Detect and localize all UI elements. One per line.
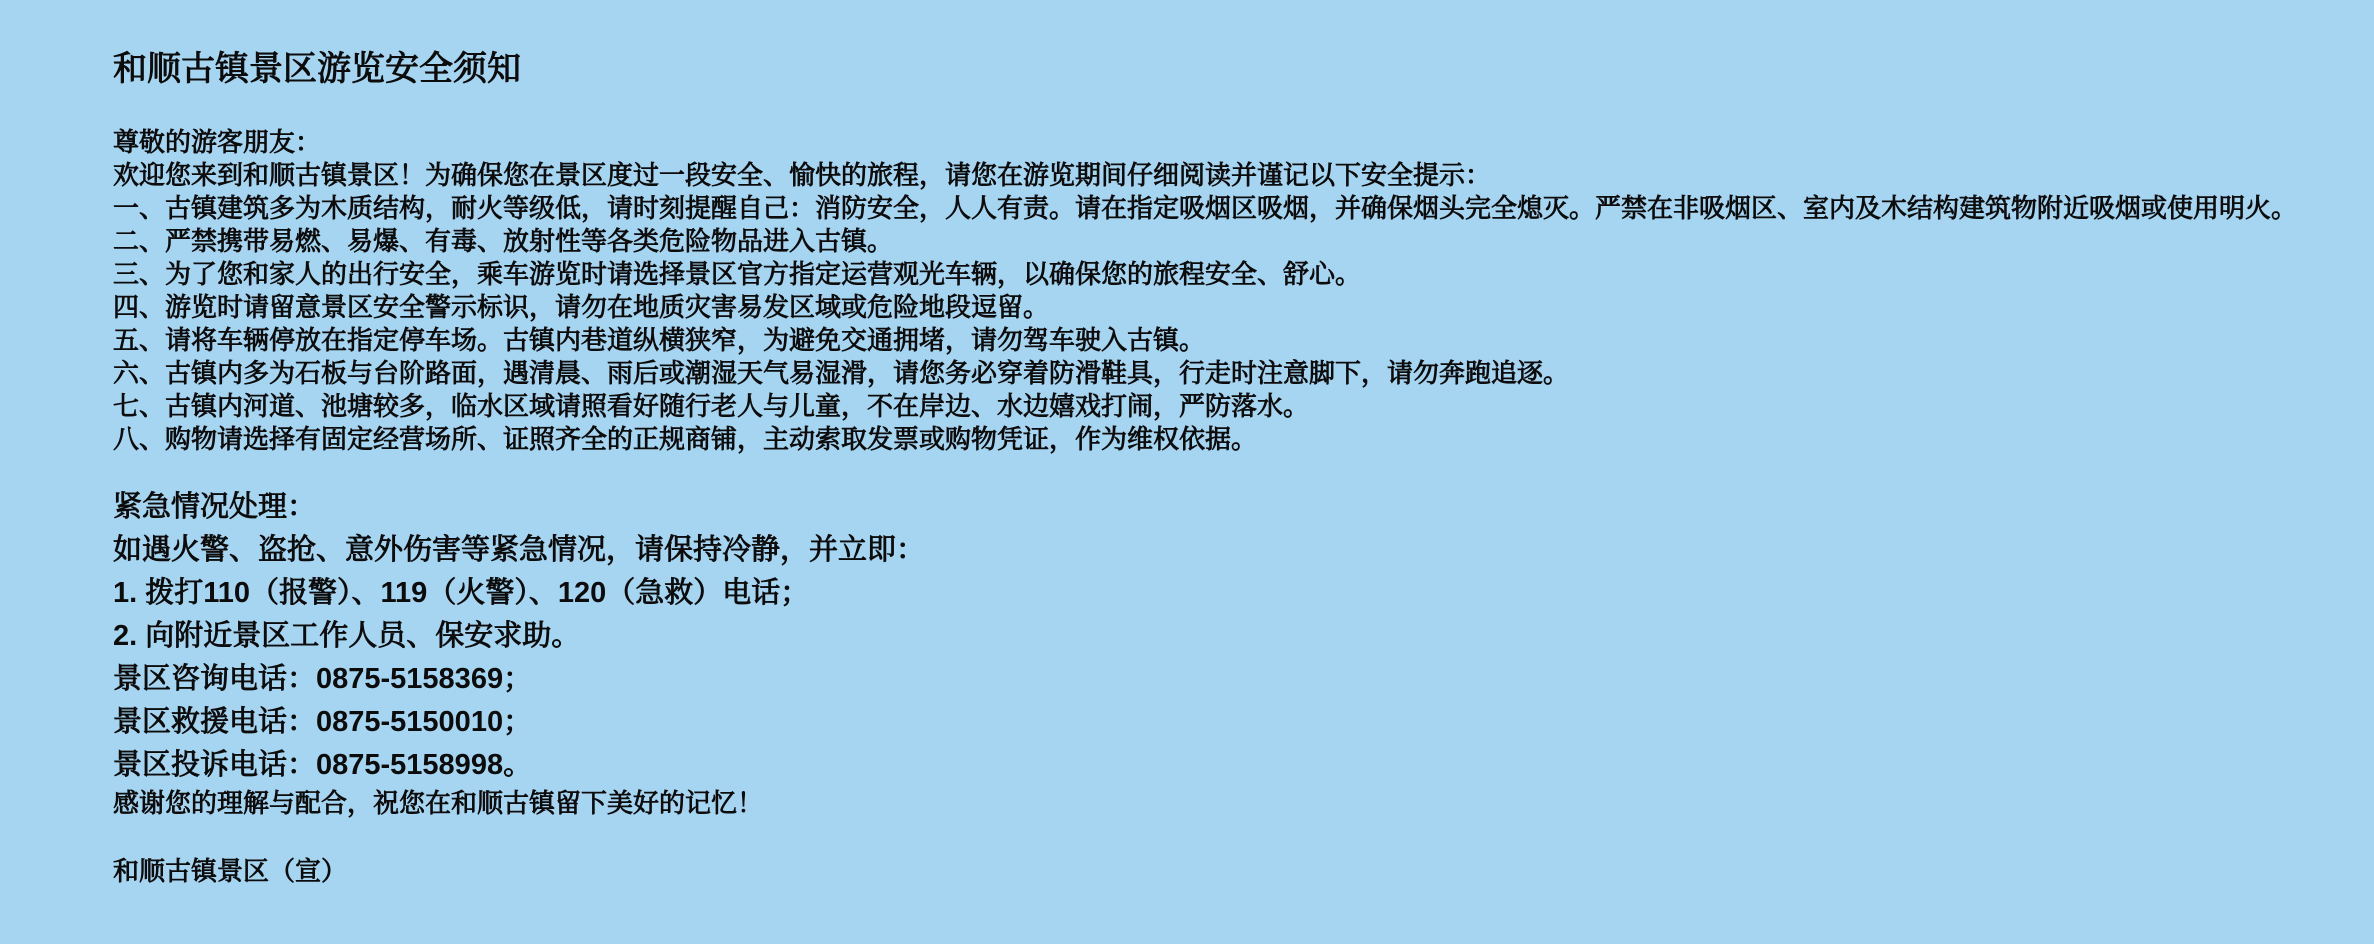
rule-item: 八、购物请选择有固定经营场所、证照齐全的正规商铺，主动索取发票或购物凭证，作为维… [113,423,2344,456]
phone-line-rescue: 景区救援电话：0875-5150010； [113,701,2344,744]
rule-item: 一、古镇建筑多为木质结构，耐火等级低，请时刻提醒自己：消防安全，人人有责。请在指… [113,192,2344,225]
emergency-step: 2. 向附近景区工作人员、保安求助。 [113,615,2344,658]
rule-item: 六、古镇内多为石板与台阶路面，遇清晨、雨后或潮湿天气易湿滑，请您务必穿着防滑鞋具… [113,357,2344,390]
safety-notice-page: 和顺古镇景区游览安全须知 尊敬的游客朋友： 欢迎您来到和顺古镇景区！为确保您在景… [0,0,2374,944]
emergency-heading: 紧急情况处理： [113,486,2344,529]
notice-body: 尊敬的游客朋友： 欢迎您来到和顺古镇景区！为确保您在景区度过一段安全、愉快的旅程… [113,126,2344,456]
emergency-step: 1. 拨打110（报警）、119（火警）、120（急救）电话； [113,572,2344,615]
rule-item: 五、请将车辆停放在指定停车场。古镇内巷道纵横狭窄，为避免交通拥堵，请勿驾车驶入古… [113,324,2344,357]
rule-item: 三、为了您和家人的出行安全，乘车游览时请选择景区官方指定运营观光车辆，以确保您的… [113,258,2344,291]
rule-item: 七、古镇内河道、池塘较多，临水区域请照看好随行老人与儿童，不在岸边、水边嬉戏打闹… [113,390,2344,423]
notice-title: 和顺古镇景区游览安全须知 [113,50,2344,88]
phone-line-complaint: 景区投诉电话：0875-5158998。 [113,744,2344,787]
phone-line-consult: 景区咨询电话：0875-5158369； [113,658,2344,701]
rule-item: 二、严禁携带易燃、易爆、有毒、放射性等各类危险物品进入古镇。 [113,225,2344,258]
rule-item: 四、游览时请留意景区安全警示标识，请勿在地质灾害易发区域或危险地段逗留。 [113,291,2344,324]
closing-line: 感谢您的理解与配合，祝您在和顺古镇留下美好的记忆！ [113,787,2344,820]
signature-line: 和顺古镇景区（宣） [113,855,2344,888]
salutation-line: 尊敬的游客朋友： [113,126,2344,159]
intro-line: 欢迎您来到和顺古镇景区！为确保您在景区度过一段安全、愉快的旅程，请您在游览期间仔… [113,159,2344,192]
emergency-intro: 如遇火警、盗抢、意外伤害等紧急情况，请保持冷静，并立即： [113,529,2344,572]
emergency-section: 紧急情况处理： 如遇火警、盗抢、意外伤害等紧急情况，请保持冷静，并立即： 1. … [113,486,2344,787]
